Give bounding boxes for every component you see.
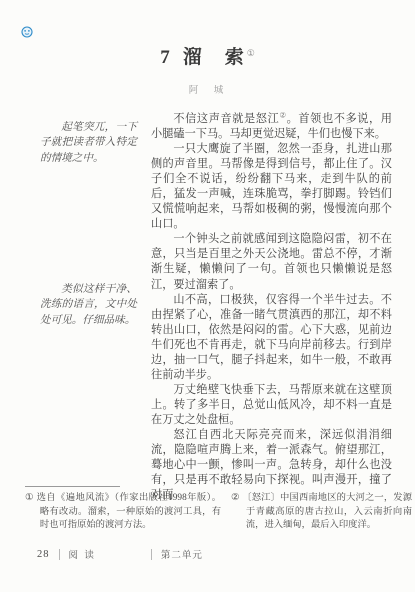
footnote-2: ②〔怒江〕中国西南地区的大河之一，发源于青藏高原的唐古拉山，入云南折向南流，进入… [231,492,412,533]
lesson-title-text: 溜 索 [183,47,246,68]
paragraph-1: 不信这声音就是怒江②。首领也不多说，用小腿磕一下马。马却更觉迟疑，牛们也慢下来。 [151,112,392,142]
margin-note-opening: 起笔突兀，一下子就把读者带入特定的情境之中。 [40,120,137,166]
lesson-number: 7 [160,47,172,68]
lesson-header: 7溜 索① 阿 城 [0,42,415,96]
lesson-title: 7溜 索① [0,42,415,69]
footnote-2-marker: ② [231,493,239,503]
footer-divider-2 [151,549,152,560]
paragraph-2: 一只大鹰旋了半圈，忽然一歪身，扎进山那侧的声音里。马帮像是得到信号，都止住了。汉… [151,142,392,232]
footnote-1-text: 选自《遍地风流》（作家出版社1998年版）。略有改动。溜索，一种原始的渡河工具，… [37,493,221,530]
margin-note-language: 类似这样干净、洗练的语言，文中处处可见。仔细品味。 [40,282,137,328]
page-number: 28 [37,549,50,560]
footnote-1-marker: ① [25,493,34,503]
footnote-1: ①选自《遍地风流》（作家出版社1998年版）。略有改动。溜索，一种原始的渡河工具… [25,492,221,533]
paragraph-3: 一个钟头之前就感闻到这隐隐闷雷，初不在意，只当是百里之外天公浇地。雷总不停，才渐… [151,232,392,292]
footer-divider-1 [59,549,60,560]
footnote-2-text: 〔怒江〕中国西南地区的大河之一，发源于青藏高原的唐古拉山，入云南折向南流，进入缅… [242,493,412,530]
paragraph-4: 山不高，口极狭，仅容得一个半牛过去。不由捏紧了心，准备一睹气贯滇西的那江，却不料… [151,293,392,383]
main-text: 不信这声音就是怒江②。首领也不多说，用小腿磕一下马。马却更觉迟疑，牛们也慢下来。… [151,112,392,503]
footnote-ref-2: ② [279,110,286,119]
footer-unit-label: 第二单元 [161,547,203,561]
footnote-divider [25,486,120,487]
smiley-face-icon [21,26,33,38]
textbook-page: 7溜 索① 阿 城 起笔突兀，一下子就把读者带入特定的情境之中。 类似这样干净、… [0,0,415,592]
paragraph-1-text-before: 不信这声音就是怒江 [173,113,279,125]
paragraph-5: 万丈绝壁飞快垂下去，马帮原来就在这壁顶上。转了多半日，总觉山低风冷，却不料一直是… [151,383,392,428]
page-footer: 28 阅 读 第二单元 [37,547,203,561]
title-footnote-ref: ① [247,48,255,58]
footer-section-label: 阅 读 [69,547,96,561]
author-name: 阿 城 [0,82,415,96]
